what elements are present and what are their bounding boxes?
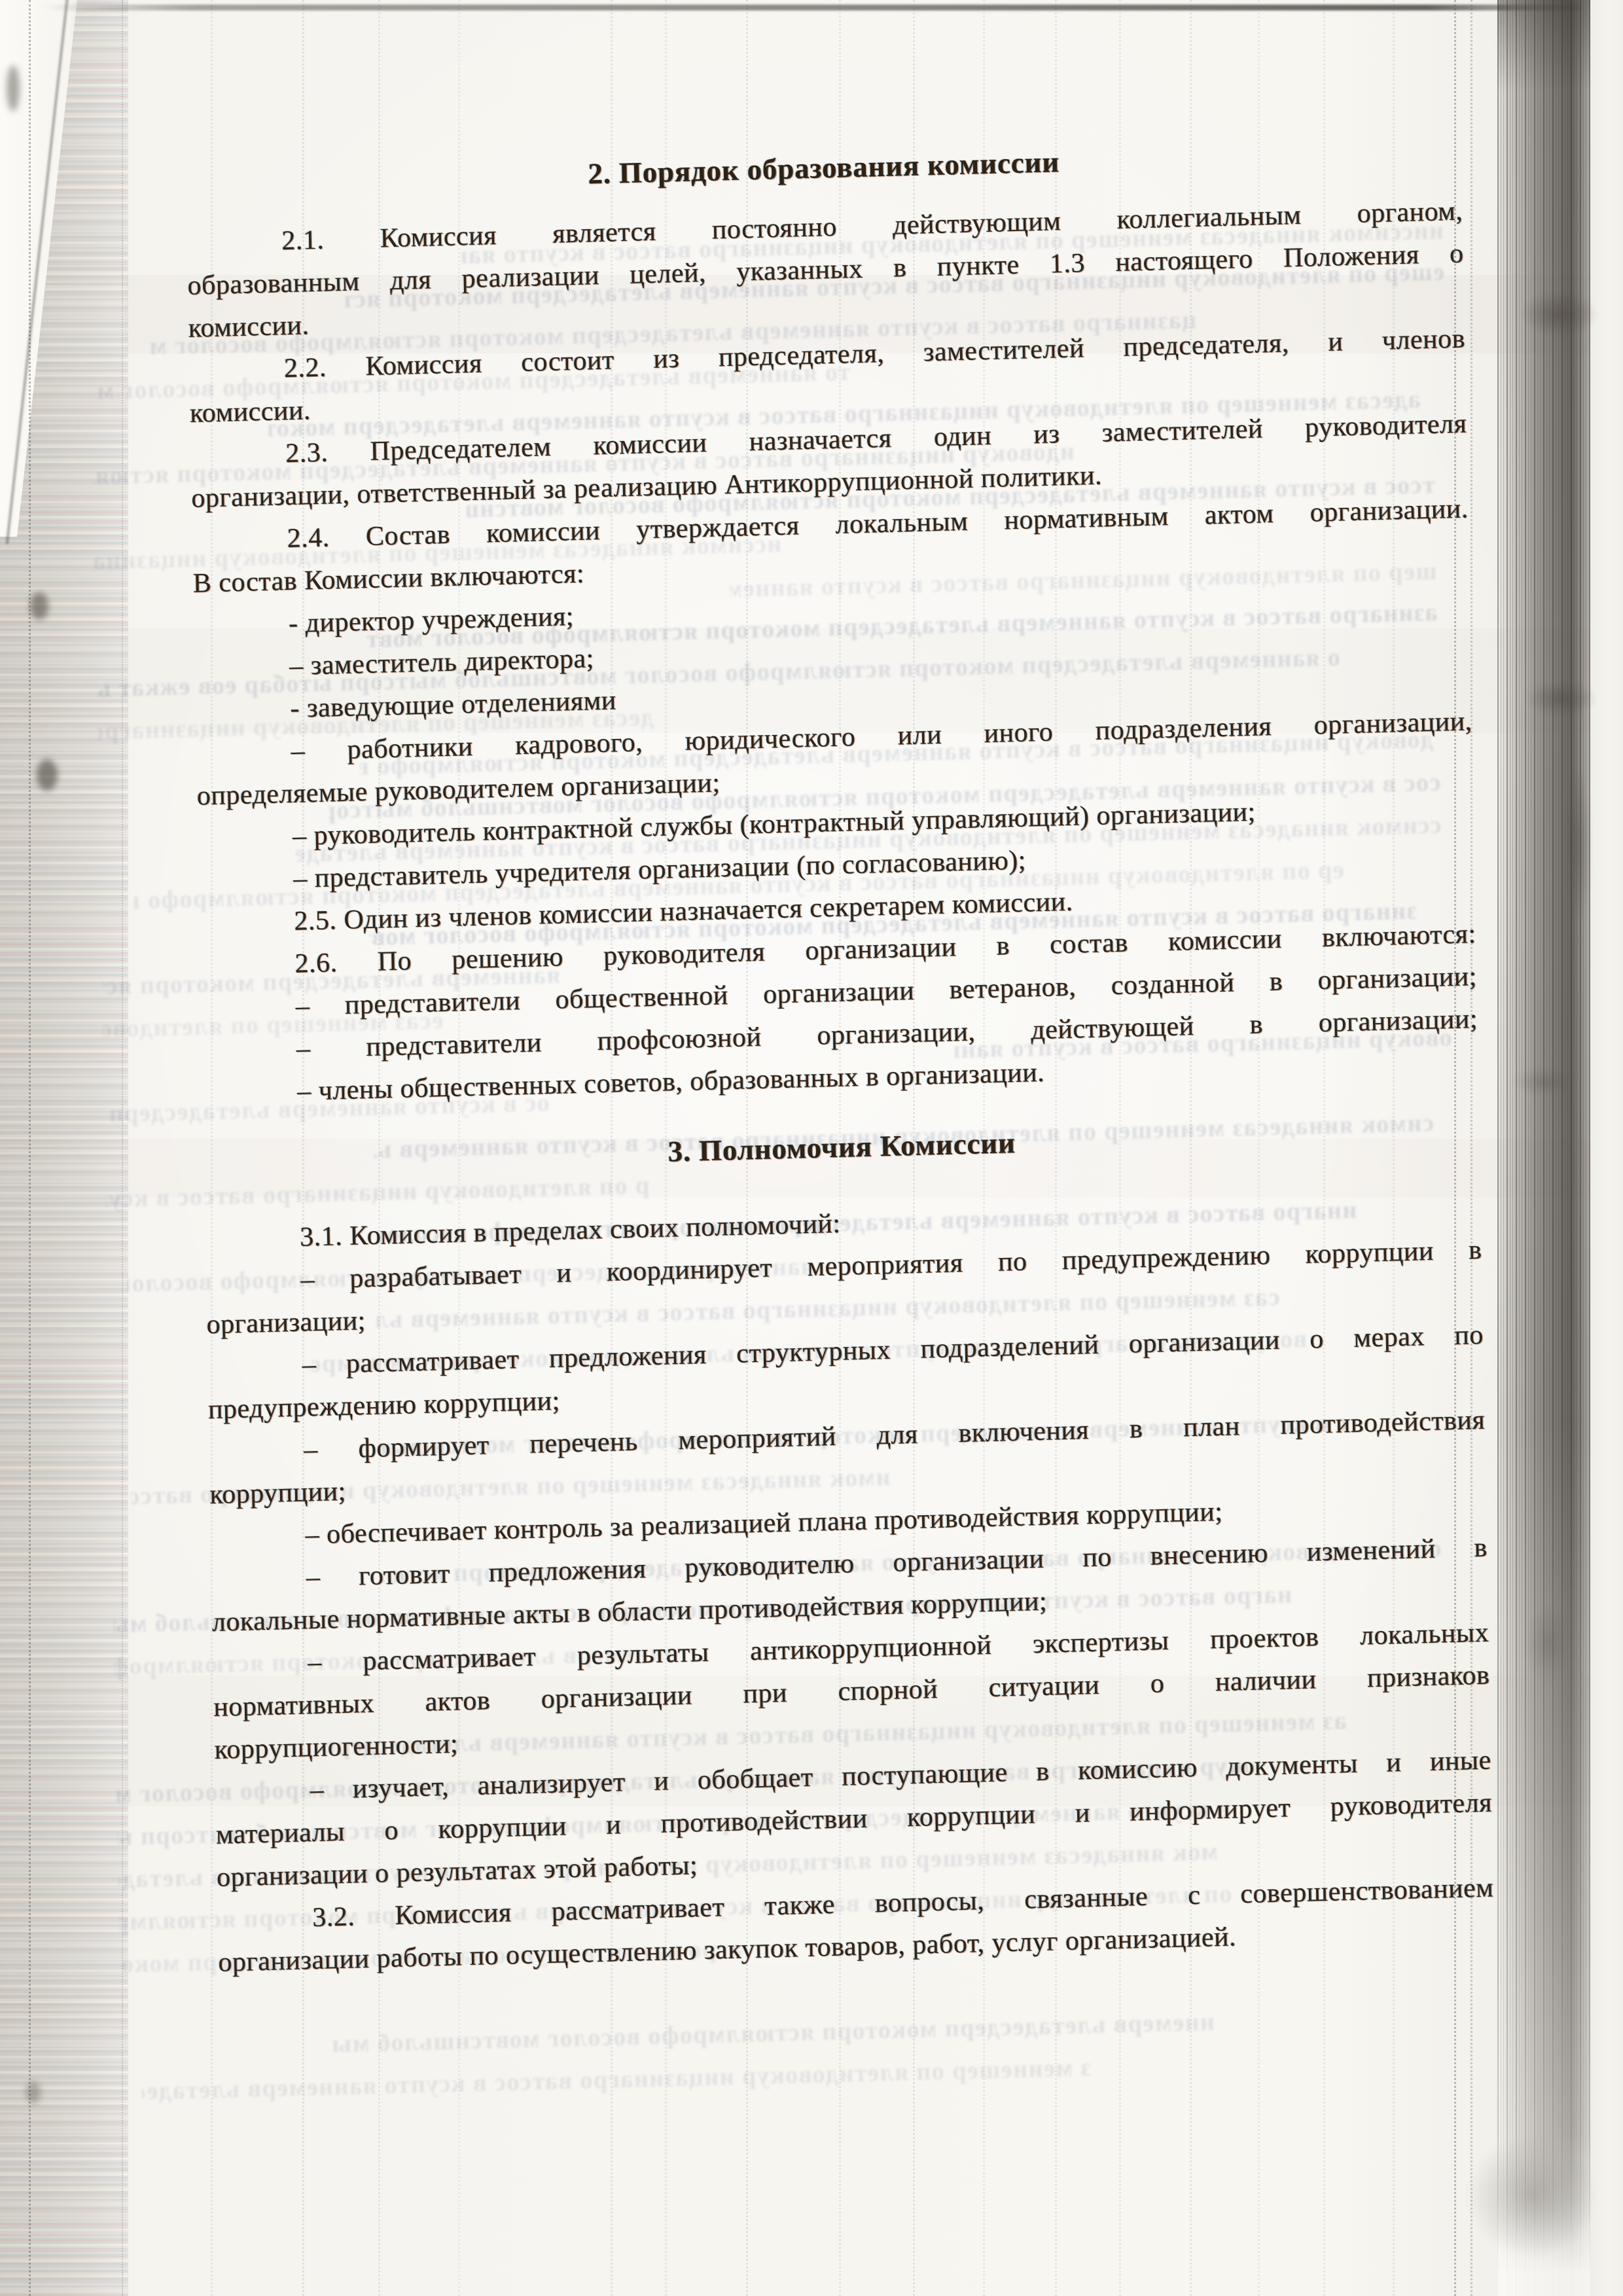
bleedthrough-line: з меинешер оп ялетидовокур иицазинагро в… (142, 2051, 1092, 2109)
paper-sheet: ииссимок яинадесаз меинешер оп ялетидово… (0, 0, 1623, 2296)
document-body: 2. Порядок образования комиссии2.1. Коми… (185, 130, 1495, 1984)
scanned-document-page: { "page": { "kind": "scanned paper docum… (0, 0, 1623, 2296)
scan-smudge (30, 592, 48, 620)
scan-blotch (1525, 681, 1597, 717)
scan-blotch (1520, 291, 1598, 337)
scan-blotch (1466, 2134, 1597, 2258)
scan-right-margin (1590, 0, 1623, 2296)
scan-top-edge-shadow (43, 5, 1581, 10)
document-text-area: ииссимок яинадесаз меинешер оп ялетидово… (185, 130, 1495, 1984)
scan-right-band-shading (1497, 0, 1590, 2296)
scan-blotch (1565, 762, 1592, 926)
scan-smudge (7, 65, 20, 111)
section-3-heading: 3. Полномочия Комиссии (203, 1109, 1480, 1185)
section-2-heading: 2. Порядок образования комиссии (185, 130, 1462, 206)
scan-smudge (26, 2081, 41, 2104)
scan-blotch (1512, 1067, 1574, 1096)
perforation-dotted-line (29, 0, 31, 2296)
scan-blotch (1525, 1604, 1571, 1682)
scan-smudge (37, 759, 58, 791)
